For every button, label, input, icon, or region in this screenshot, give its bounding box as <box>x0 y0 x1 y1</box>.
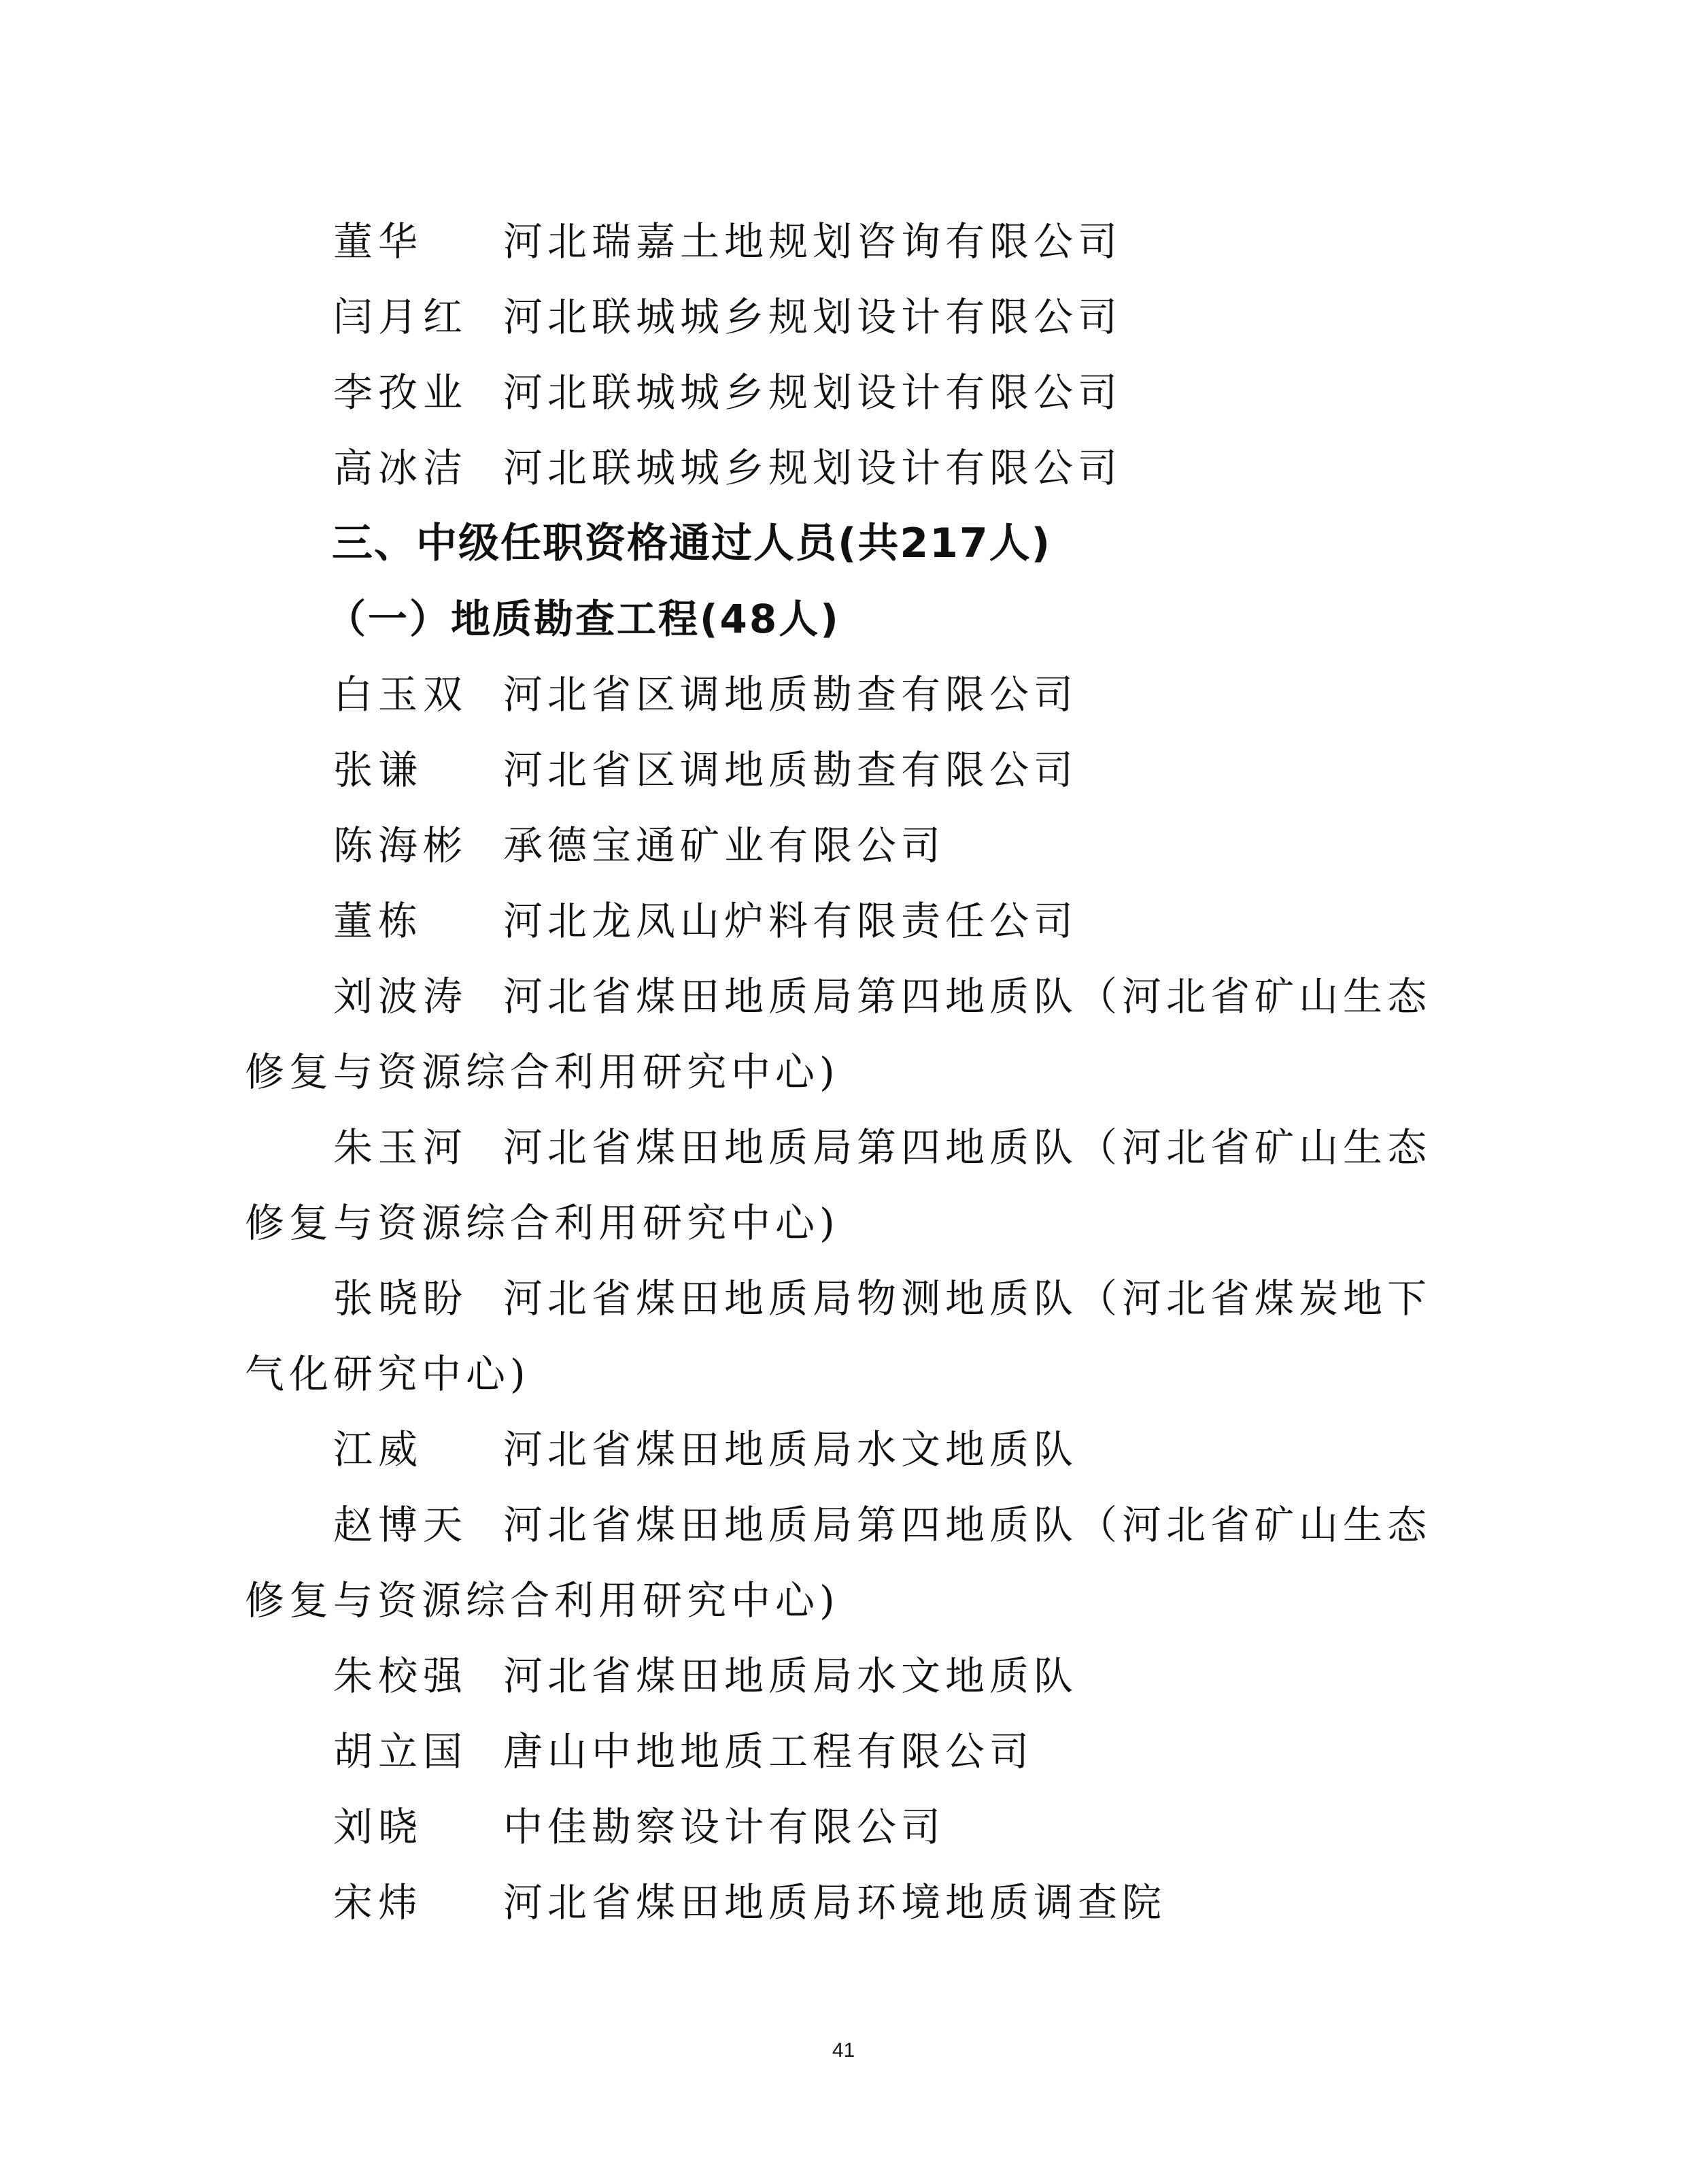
organization: 河北省煤田地质局环境地质调查院 <box>503 1865 1166 1941</box>
list-item: 董栋 河北龙凤山炉料有限责任公司 <box>0 884 1687 959</box>
organization-continuation: 气化研究中心) <box>245 1337 530 1412</box>
list-item-continuation: 气化研究中心) <box>0 1337 1687 1412</box>
organization: 河北龙凤山炉料有限责任公司 <box>503 884 1078 959</box>
organization: 唐山中地地质工程有限公司 <box>503 1714 1034 1790</box>
organization: 河北省区调地质勘查有限公司 <box>503 657 1078 733</box>
organization: 河北省煤田地质局第四地质队（河北省矿山生态 <box>503 1488 1431 1563</box>
list-item: 张晓盼 河北省煤田地质局物测地质队（河北省煤炭地下 <box>0 1261 1687 1337</box>
organization: 中佳勘察设计有限公司 <box>503 1790 945 1865</box>
organization: 河北省煤田地质局水文地质队 <box>503 1639 1078 1714</box>
person-name: 朱校强 <box>333 1639 468 1714</box>
organization: 河北瑞嘉土地规划咨询有限公司 <box>503 204 1122 280</box>
list-item: 闫月红 河北联城城乡规划设计有限公司 <box>0 280 1687 355</box>
organization-continuation: 修复与资源综合利用研究中心) <box>245 1563 840 1639</box>
person-name: 白玉双 <box>333 657 468 733</box>
list-item: 白玉双 河北省区调地质勘查有限公司 <box>0 657 1687 733</box>
organization-continuation: 修复与资源综合利用研究中心) <box>245 1035 840 1110</box>
list-item-continuation: 修复与资源综合利用研究中心) <box>0 1563 1687 1639</box>
person-name: 闫月红 <box>333 280 468 355</box>
person-name: 江威 <box>333 1412 423 1488</box>
organization: 河北省煤田地质局物测地质队（河北省煤炭地下 <box>503 1261 1431 1337</box>
list-item: 江威 河北省煤田地质局水文地质队 <box>0 1412 1687 1488</box>
person-name: 刘波涛 <box>333 959 468 1035</box>
list-item: 高冰洁 河北联城城乡规划设计有限公司 <box>0 431 1687 506</box>
list-item: 刘晓 中佳勘察设计有限公司 <box>0 1790 1687 1865</box>
subsection-heading: （一）地质勘查工程(48人) <box>326 582 840 657</box>
person-name: 张谦 <box>333 733 423 808</box>
person-name: 胡立国 <box>333 1714 468 1790</box>
person-name: 赵博天 <box>333 1488 468 1563</box>
list-item: 刘波涛 河北省煤田地质局第四地质队（河北省矿山生态 <box>0 959 1687 1035</box>
person-name: 张晓盼 <box>333 1261 468 1337</box>
person-name: 董栋 <box>333 884 423 959</box>
organization: 河北省煤田地质局第四地质队（河北省矿山生态 <box>503 959 1431 1035</box>
list-item-continuation: 修复与资源综合利用研究中心) <box>0 1035 1687 1110</box>
organization: 河北联城城乡规划设计有限公司 <box>503 280 1122 355</box>
person-name: 董华 <box>333 204 423 280</box>
section-heading-line: 三、中级任职资格通过人员(共217人) <box>0 506 1687 582</box>
section-heading: 三、中级任职资格通过人员(共217人) <box>332 506 1051 582</box>
list-item: 李孜业 河北联城城乡规划设计有限公司 <box>0 355 1687 431</box>
list-item: 朱玉河 河北省煤田地质局第四地质队（河北省矿山生态 <box>0 1110 1687 1186</box>
organization: 河北省区调地质勘查有限公司 <box>503 733 1078 808</box>
list-item: 陈海彬 承德宝通矿业有限公司 <box>0 808 1687 884</box>
person-name: 高冰洁 <box>333 431 468 506</box>
organization: 河北联城城乡规划设计有限公司 <box>503 431 1122 506</box>
person-name: 朱玉河 <box>333 1110 468 1186</box>
organization-continuation: 修复与资源综合利用研究中心) <box>245 1186 840 1261</box>
list-item: 朱校强 河北省煤田地质局水文地质队 <box>0 1639 1687 1714</box>
list-item: 董华 河北瑞嘉土地规划咨询有限公司 <box>0 204 1687 280</box>
organization: 承德宝通矿业有限公司 <box>503 808 945 884</box>
organization: 河北省煤田地质局水文地质队 <box>503 1412 1078 1488</box>
organization: 河北联城城乡规划设计有限公司 <box>503 355 1122 431</box>
person-name: 刘晓 <box>333 1790 423 1865</box>
list-item: 胡立国 唐山中地地质工程有限公司 <box>0 1714 1687 1790</box>
list-item: 宋炜 河北省煤田地质局环境地质调查院 <box>0 1865 1687 1941</box>
list-item: 张谦 河北省区调地质勘查有限公司 <box>0 733 1687 808</box>
subsection-heading-line: （一）地质勘查工程(48人) <box>0 582 1687 657</box>
organization: 河北省煤田地质局第四地质队（河北省矿山生态 <box>503 1110 1431 1186</box>
list-item: 赵博天 河北省煤田地质局第四地质队（河北省矿山生态 <box>0 1488 1687 1563</box>
person-name: 宋炜 <box>333 1865 423 1941</box>
list-item-continuation: 修复与资源综合利用研究中心) <box>0 1186 1687 1261</box>
person-name: 李孜业 <box>333 355 468 431</box>
page-number: 41 <box>0 2039 1687 2062</box>
person-name: 陈海彬 <box>333 808 468 884</box>
